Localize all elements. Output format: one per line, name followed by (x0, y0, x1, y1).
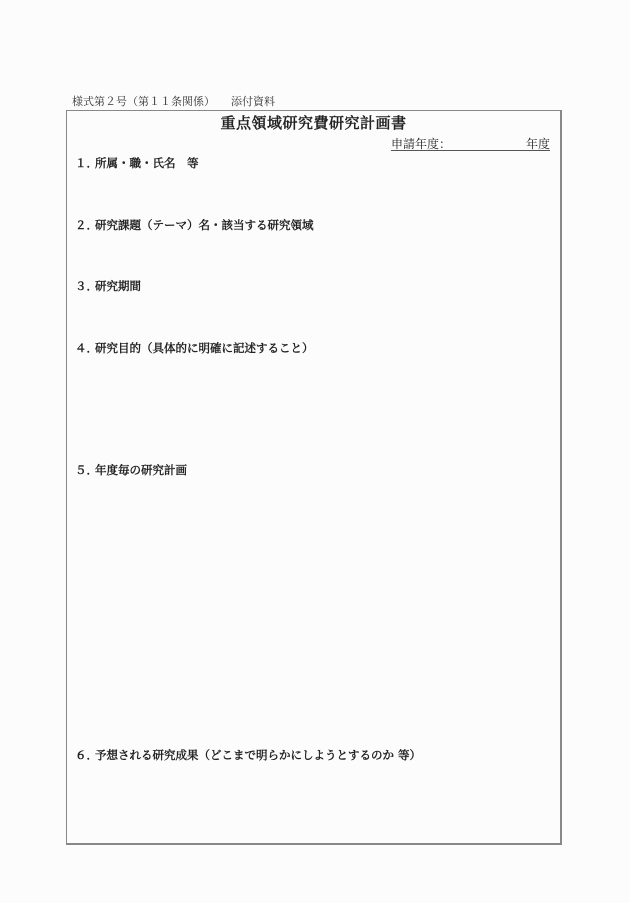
application-year-label: 申請年度： (391, 135, 451, 152)
research-plan-form: 重点領域研究費研究計画書 申請年度： 年度 １．所属・職・氏名 等 ２．研究課題… (66, 110, 562, 845)
attachment-label: 添付資料 (231, 95, 275, 108)
form-number-label: 様式第２号（第１１条関係）添付資料 (72, 93, 275, 109)
section-research-purpose: ４．研究目的（具体的に明確に記述すること） (75, 340, 314, 356)
section-research-topic: ２．研究課題（テーマ）名・該当する研究領域 (75, 217, 314, 233)
document-title: 重点領域研究費研究計画書 (67, 112, 560, 133)
application-year-field[interactable]: 申請年度： 年度 (391, 135, 550, 151)
form-number: 様式第２号（第１１条関係） (72, 95, 215, 108)
section-research-period: ３．研究期間 (75, 278, 141, 294)
section-affiliation: １．所属・職・氏名 等 (75, 155, 199, 171)
section-annual-plan: ５．年度毎の研究計画 (75, 462, 187, 478)
section-expected-results: ６．予想される研究成果（どこまで明らかにしようとするのか 等） (75, 747, 421, 763)
application-year-suffix: 年度 (526, 135, 550, 152)
